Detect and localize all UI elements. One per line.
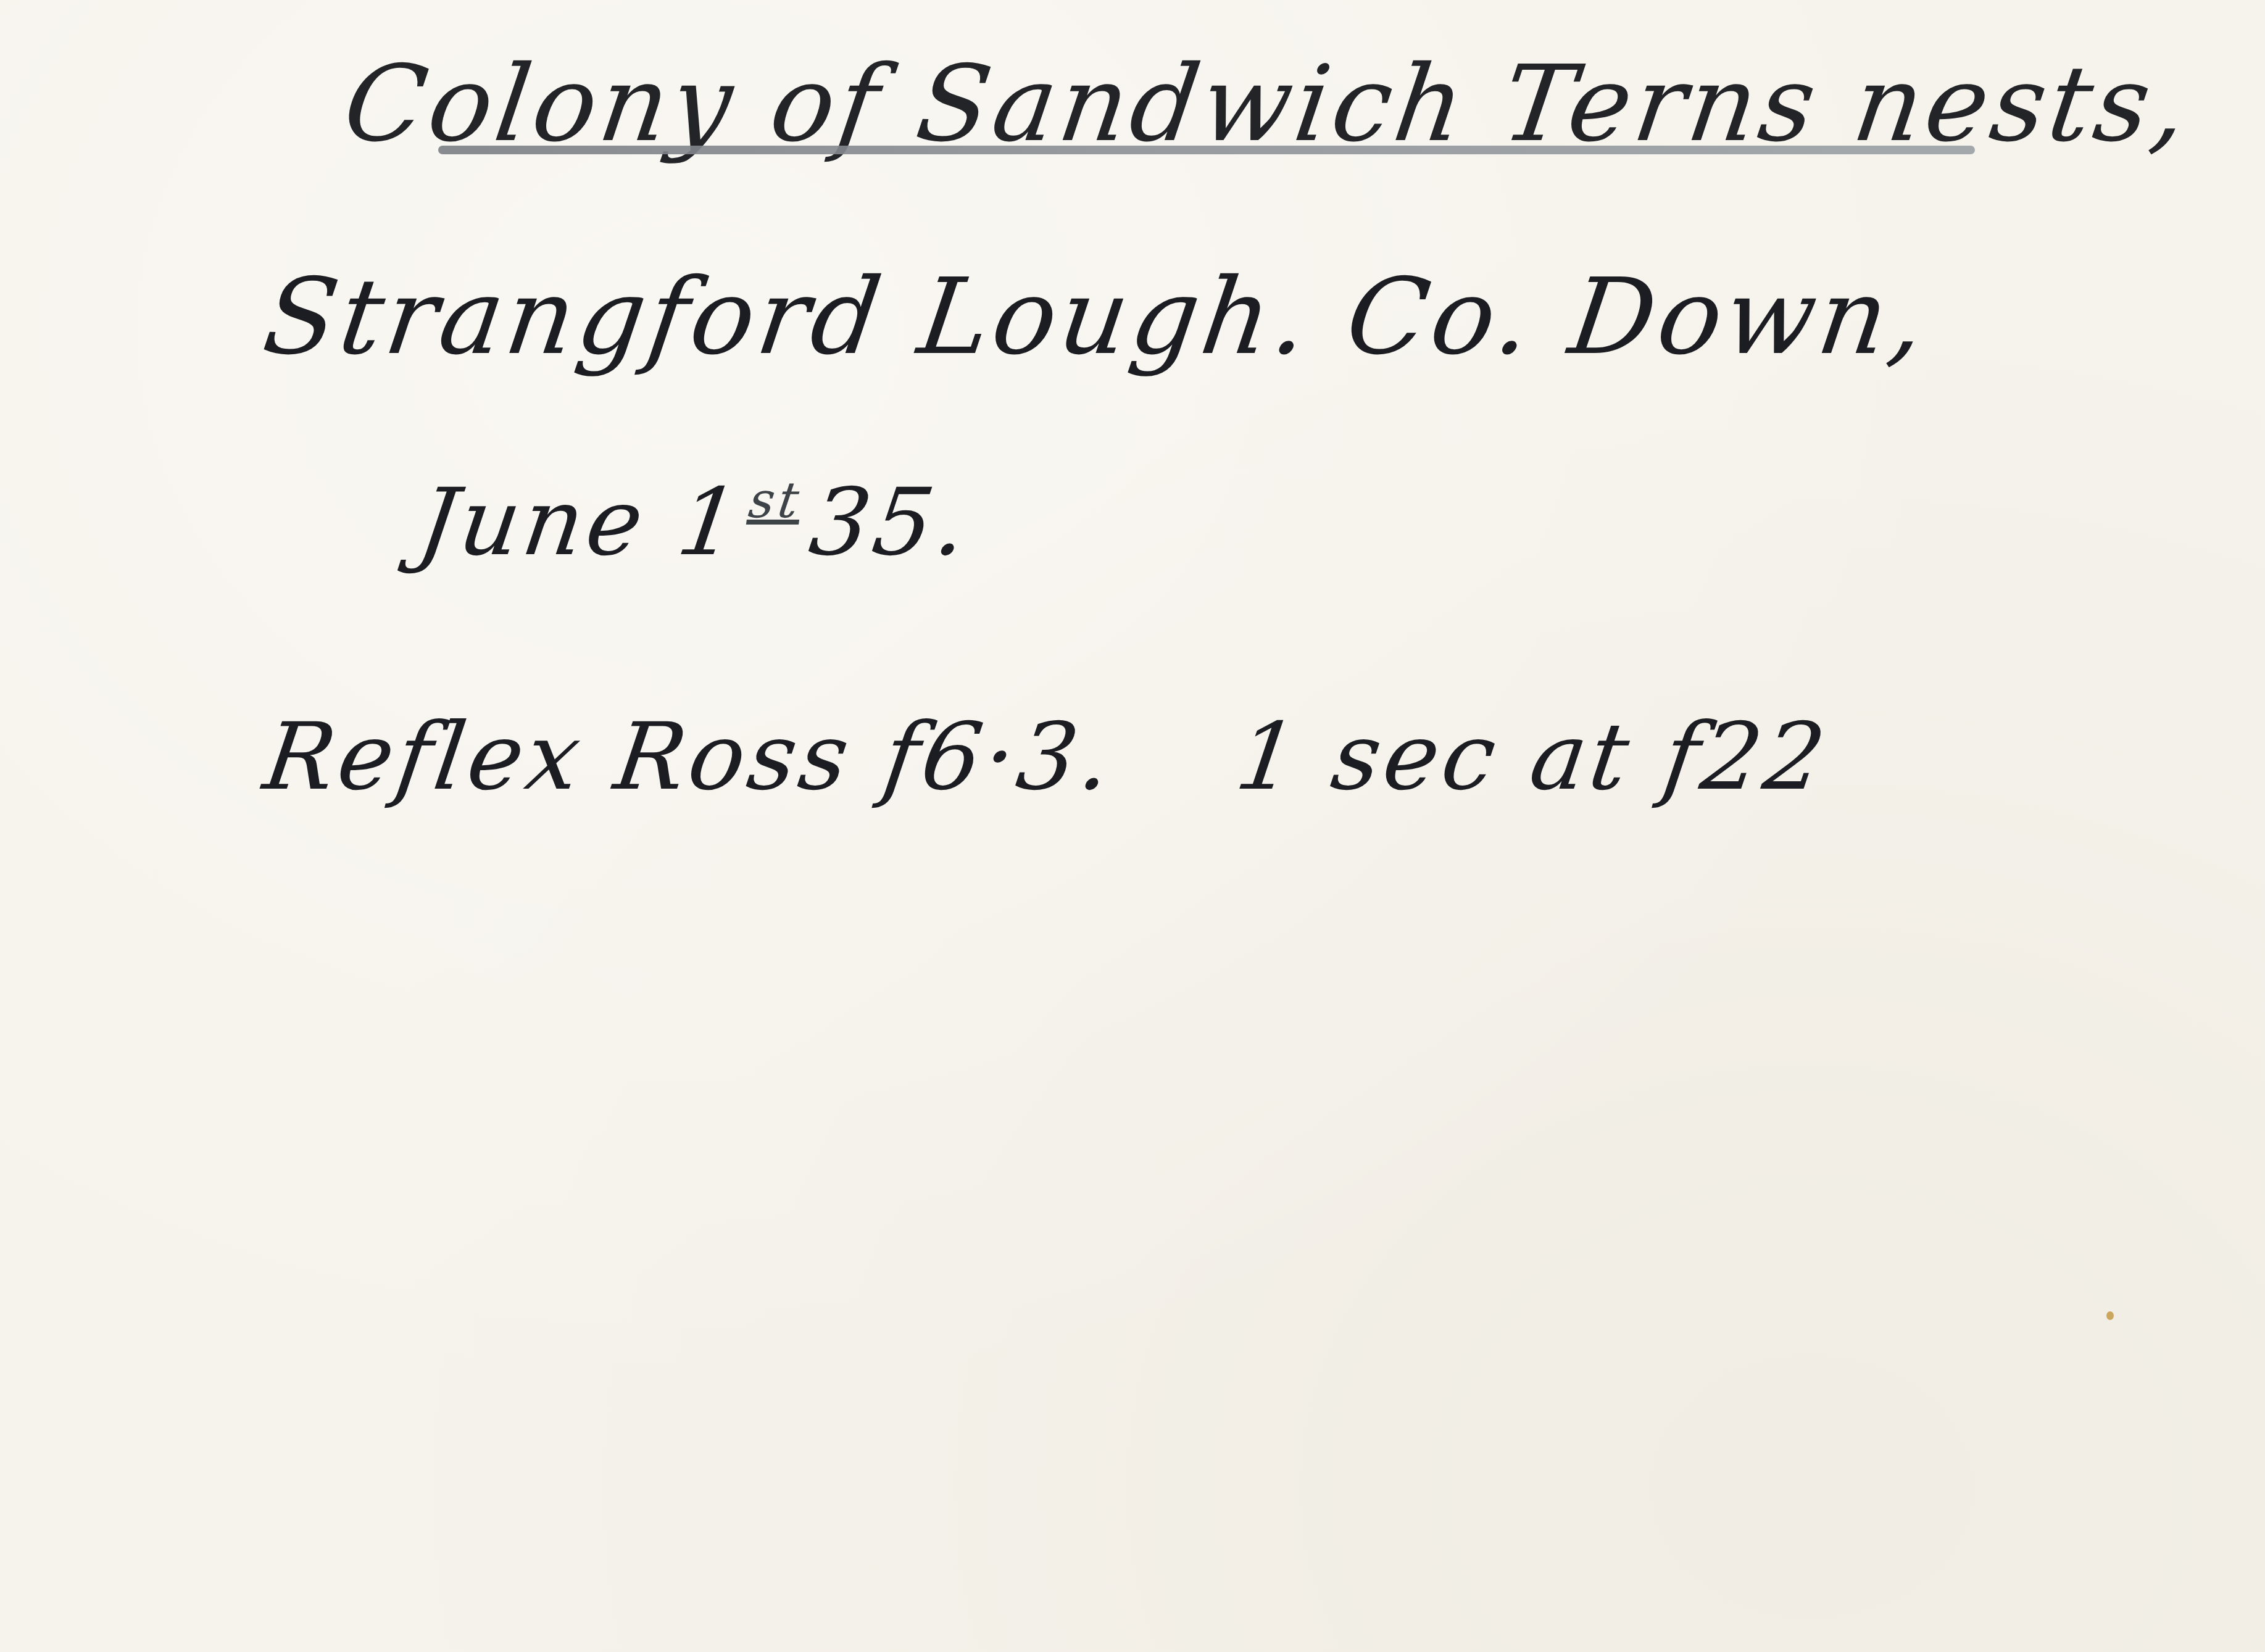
date-day-suffix: st bbox=[746, 471, 806, 529]
date-day: 1 bbox=[671, 469, 749, 576]
paper-stain bbox=[2106, 1311, 2114, 1320]
paper-background bbox=[0, 0, 2265, 1652]
date-line: June 1st35. bbox=[412, 469, 977, 576]
camera-lens: Reflex Ross f6·3. bbox=[258, 704, 1121, 811]
title-underline bbox=[438, 146, 1975, 154]
camera-settings-line: Reflex Ross f6·3.1 sec at f22 bbox=[258, 704, 1835, 811]
date-year: 35. bbox=[804, 469, 977, 576]
location-line: Strangford Lough. Co. Down, bbox=[257, 256, 1936, 378]
exposure-setting: 1 sec at f22 bbox=[1230, 704, 1835, 811]
date-month: June bbox=[412, 469, 654, 576]
